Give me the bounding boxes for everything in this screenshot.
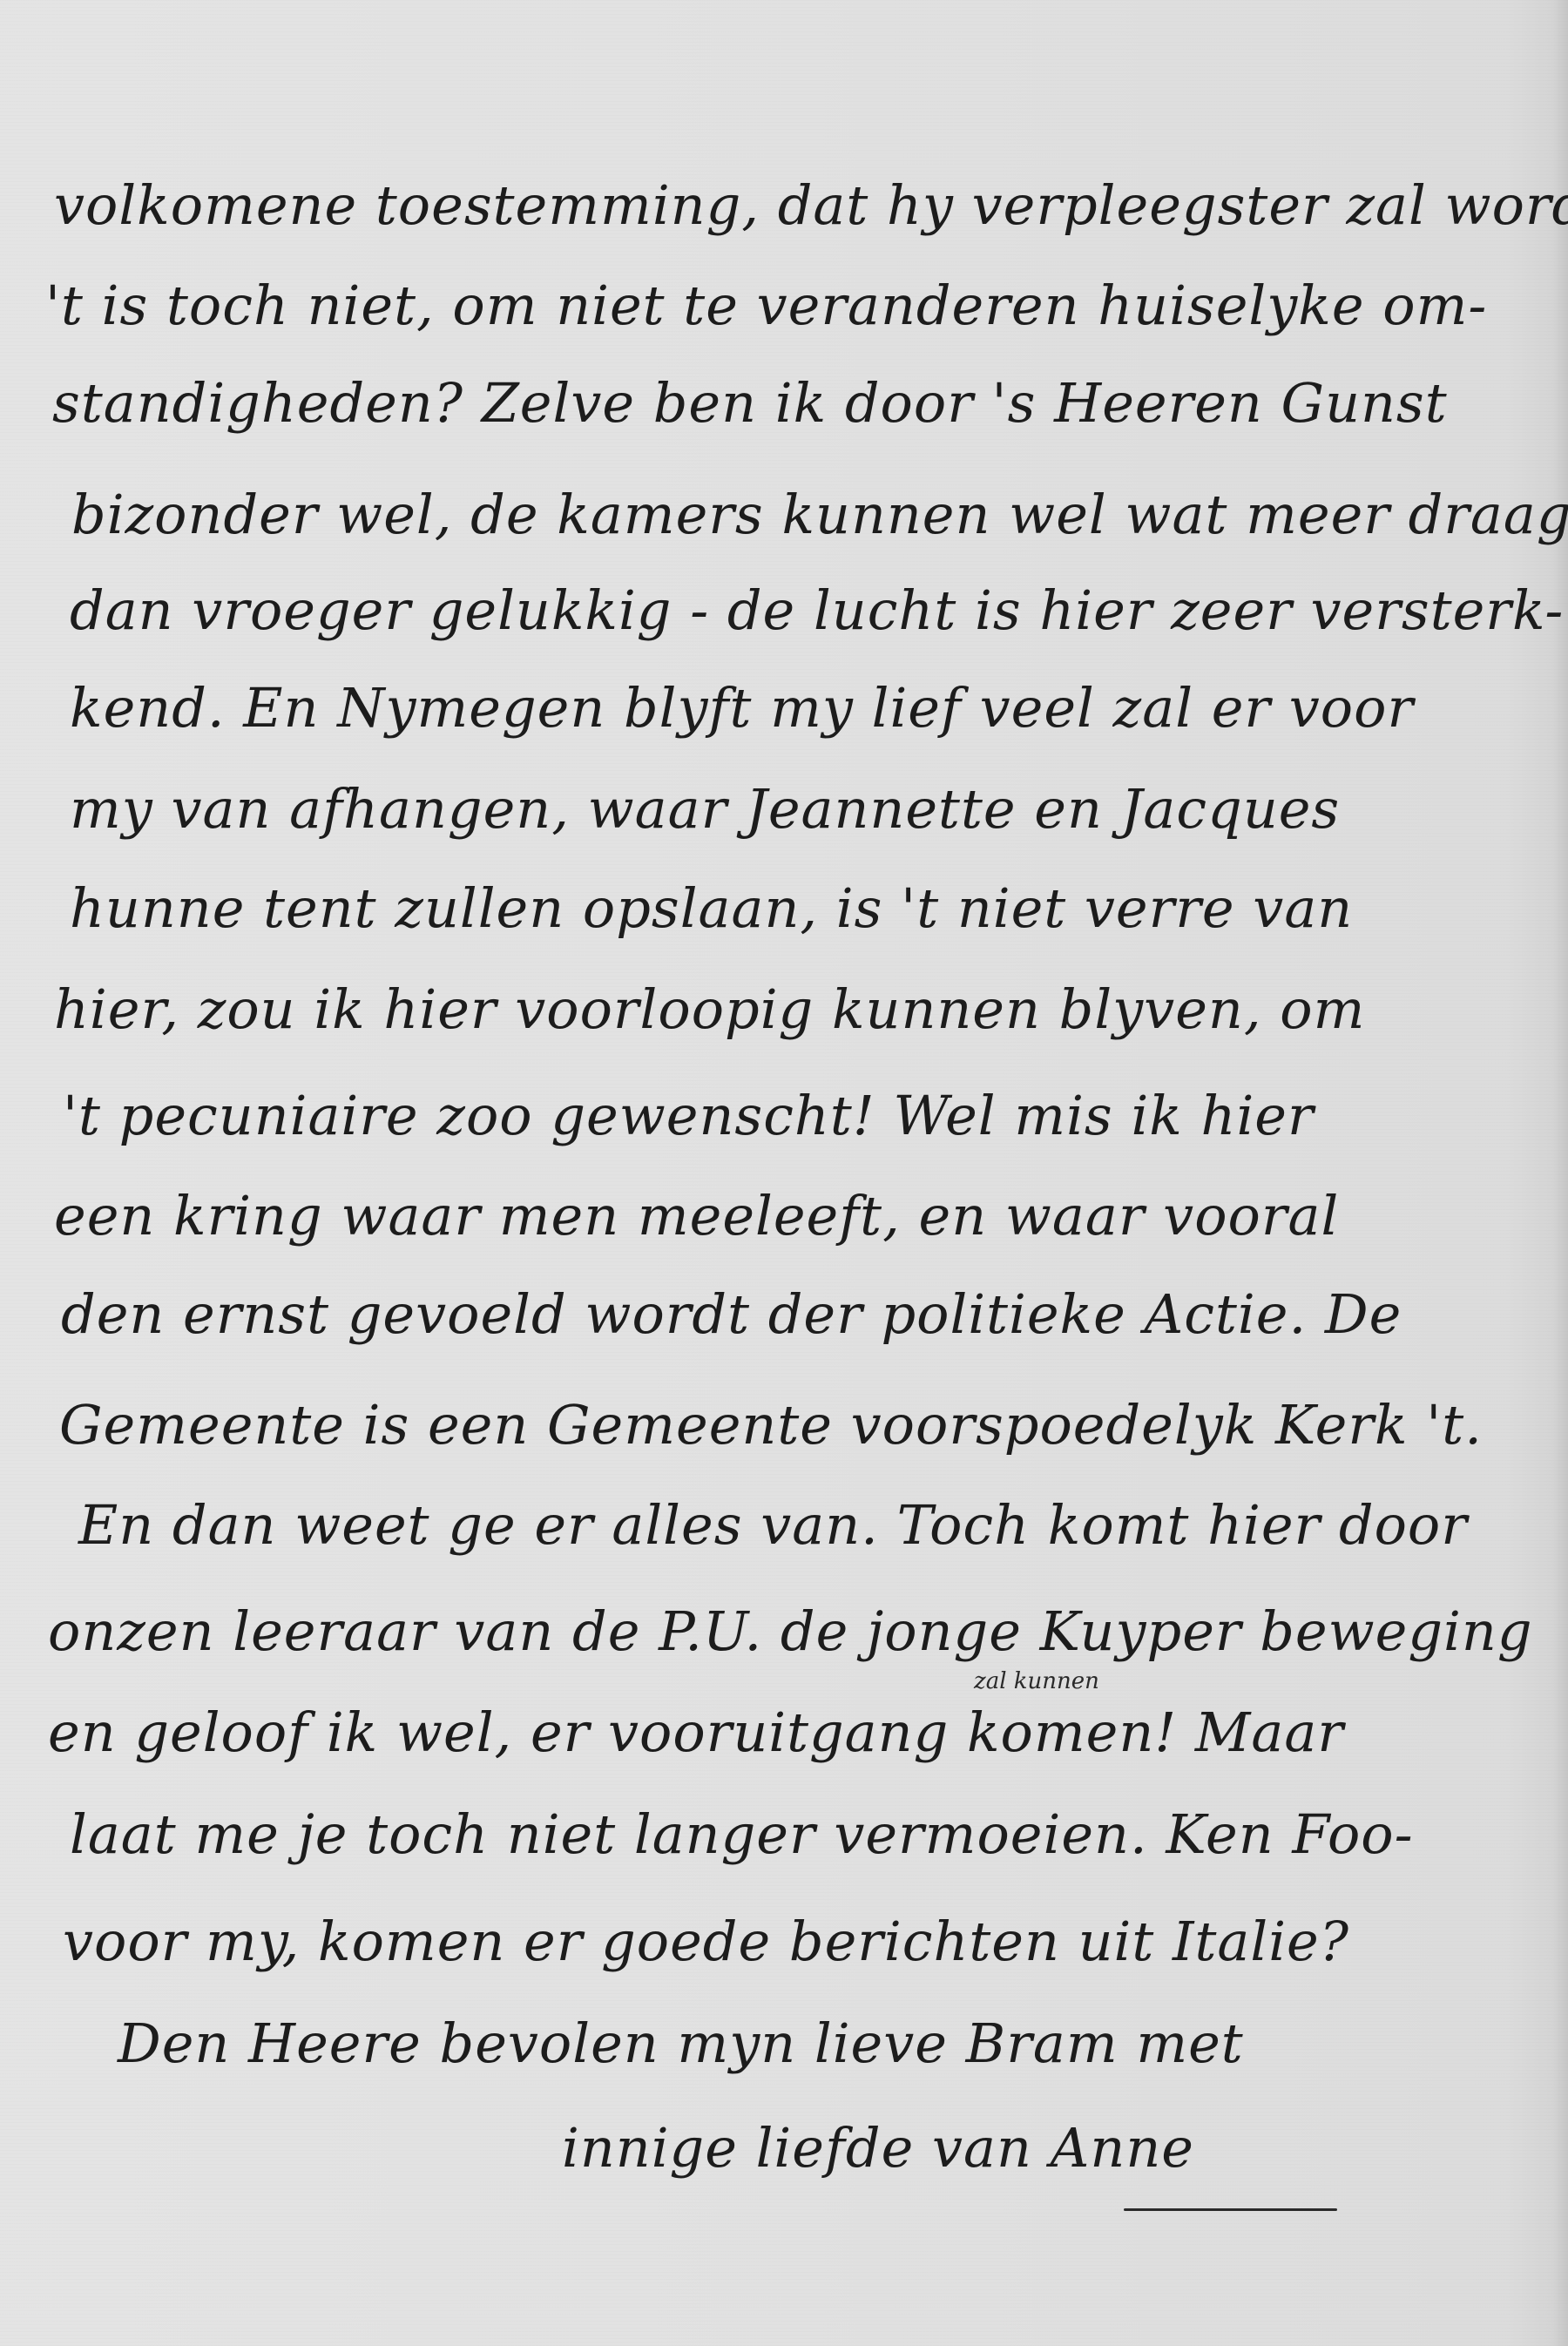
letter-line-10: 't pecuniaire zoo gewenscht! Wel mis ik … (63, 1089, 1315, 1143)
letter-line-7: my van afhangen, waar Jeannette en Jacqu… (70, 782, 1340, 836)
letter-line-19: Den Heere bevolen myn lieve Bram met (118, 2017, 1244, 2071)
letter-line-11: een kring waar men meeleeft, en waar voo… (54, 1189, 1339, 1243)
letter-line-17: laat me je toch niet langer vermoeien. K… (70, 1808, 1414, 1862)
letter-line-14: En dan weet ge er alles van. Toch komt h… (78, 1498, 1468, 1552)
letter-line-4: bizonder wel, de kamers kunnen wel wat m… (71, 488, 1568, 542)
letter-line-8: hunne tent zullen opslaan, is 't niet ve… (70, 882, 1353, 936)
signature-underline (1124, 2208, 1337, 2211)
letter-page: volkomene toestemming, dat hy verpleegst… (0, 0, 1568, 2346)
letter-line-5: dan vroeger gelukkig - de lucht is hier … (70, 584, 1564, 638)
page-edge-shadow (1552, 0, 1568, 2346)
letter-line-13: Gemeente is een Gemeente voorspoedelyk K… (59, 1398, 1483, 1452)
letter-line-6: kend. En Nymegen blyft my lief veel zal … (70, 681, 1414, 735)
letter-line-9: hier, zou ik hier voorloopig kunnen blyv… (54, 983, 1365, 1037)
letter-line-16: en geloof ik wel, er vooruitgang komen! … (48, 1706, 1344, 1760)
interlinear-insertion: zal kunnen (974, 1668, 1099, 1694)
letter-closing-signature: innige liefde van Anne (562, 2121, 1194, 2175)
letter-line-15: onzen leeraar van de P.U. de jonge Kuype… (48, 1605, 1533, 1659)
letter-line-3: standigheden? Zelve ben ik door 's Heere… (52, 376, 1448, 430)
letter-line-18: voor my, komen er goede berichten uit It… (63, 1915, 1349, 1969)
letter-line-2: 't is toch niet, om niet te veranderen h… (45, 279, 1487, 333)
letter-line-12: den ernst gevoeld wordt der politieke Ac… (61, 1288, 1402, 1342)
letter-line-1: volkomene toestemming, dat hy verpleegst… (54, 179, 1568, 233)
